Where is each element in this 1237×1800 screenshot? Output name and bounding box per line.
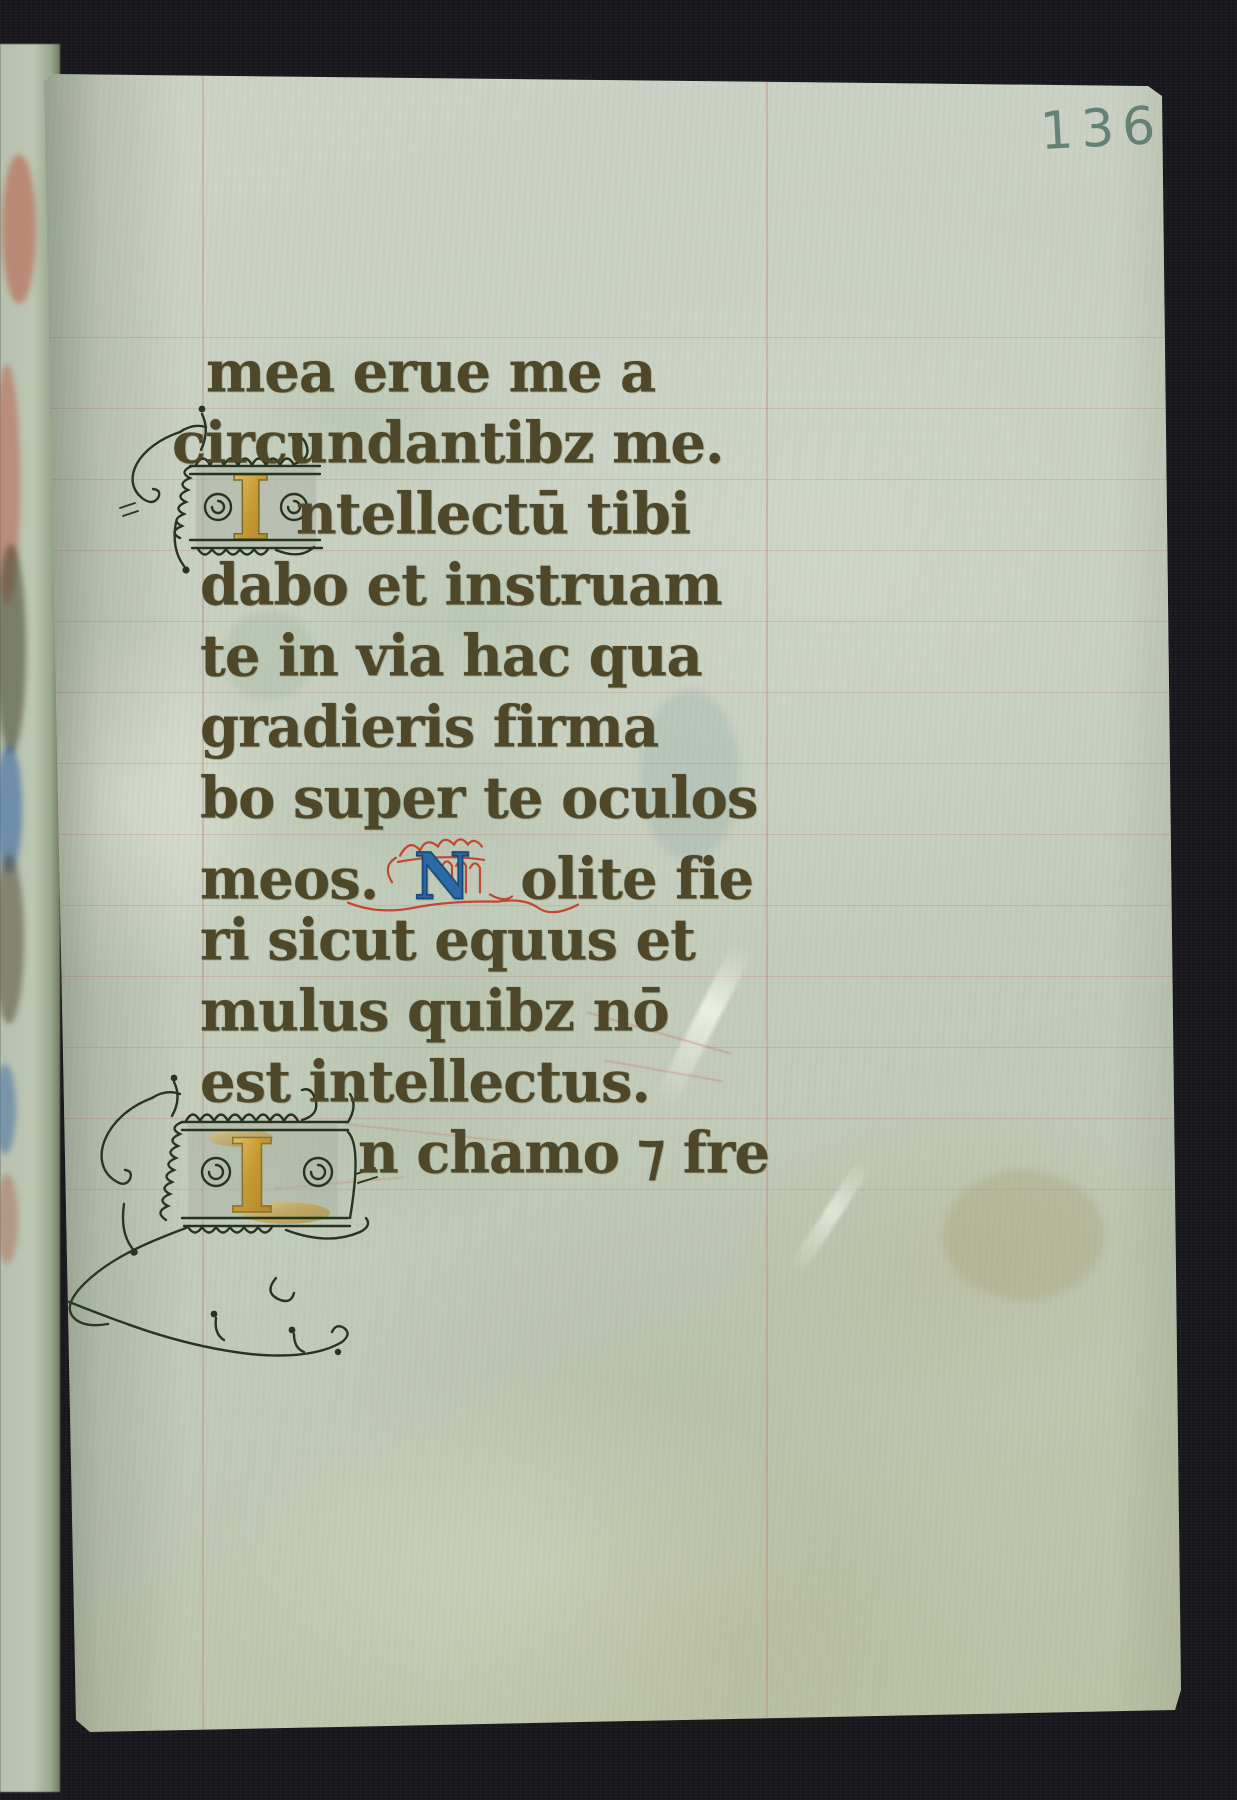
facing-page-text-showthrough	[0, 854, 24, 1024]
text-line-2: circundantibz me.	[172, 407, 860, 479]
facing-page-text-showthrough	[0, 544, 26, 754]
line-8-post: olite fie	[520, 846, 753, 913]
initial-letter: N	[414, 839, 470, 914]
facing-page-red-penwork	[2, 154, 36, 304]
stain	[944, 1170, 1104, 1300]
gutter-shadow	[44, 70, 194, 1734]
text-line-7: bo super te oculos	[200, 762, 860, 834]
page-edge-shade	[1112, 70, 1182, 1734]
text-line-9: ri sicut equus et	[200, 904, 860, 976]
text-line-3: ntellectū tibi	[200, 478, 860, 550]
text-line-8: meos. N olite fie	[200, 833, 860, 905]
text-line-10: mulus quibz nō	[200, 975, 860, 1047]
text-line-5: te in via hac qua	[200, 620, 860, 692]
text-line-1: mea erue me a	[200, 336, 860, 408]
text-line-6: gradieris firma	[200, 691, 860, 763]
page: 136 I	[44, 70, 1182, 1734]
text-block: mea erue me a circundantibz me. ntellect…	[200, 337, 860, 1189]
facing-page-blue-initial	[0, 1064, 16, 1154]
text-line-4: dabo et instruam	[200, 549, 860, 621]
facing-page-red-penwork	[0, 1174, 18, 1264]
manuscript-photo: { "photo": { "backdrop_color": "#17161b"…	[0, 0, 1237, 1800]
text-line-11: est intellectus.	[200, 1046, 860, 1118]
text-line-12: n chamo ⁊ fre	[200, 1117, 860, 1189]
